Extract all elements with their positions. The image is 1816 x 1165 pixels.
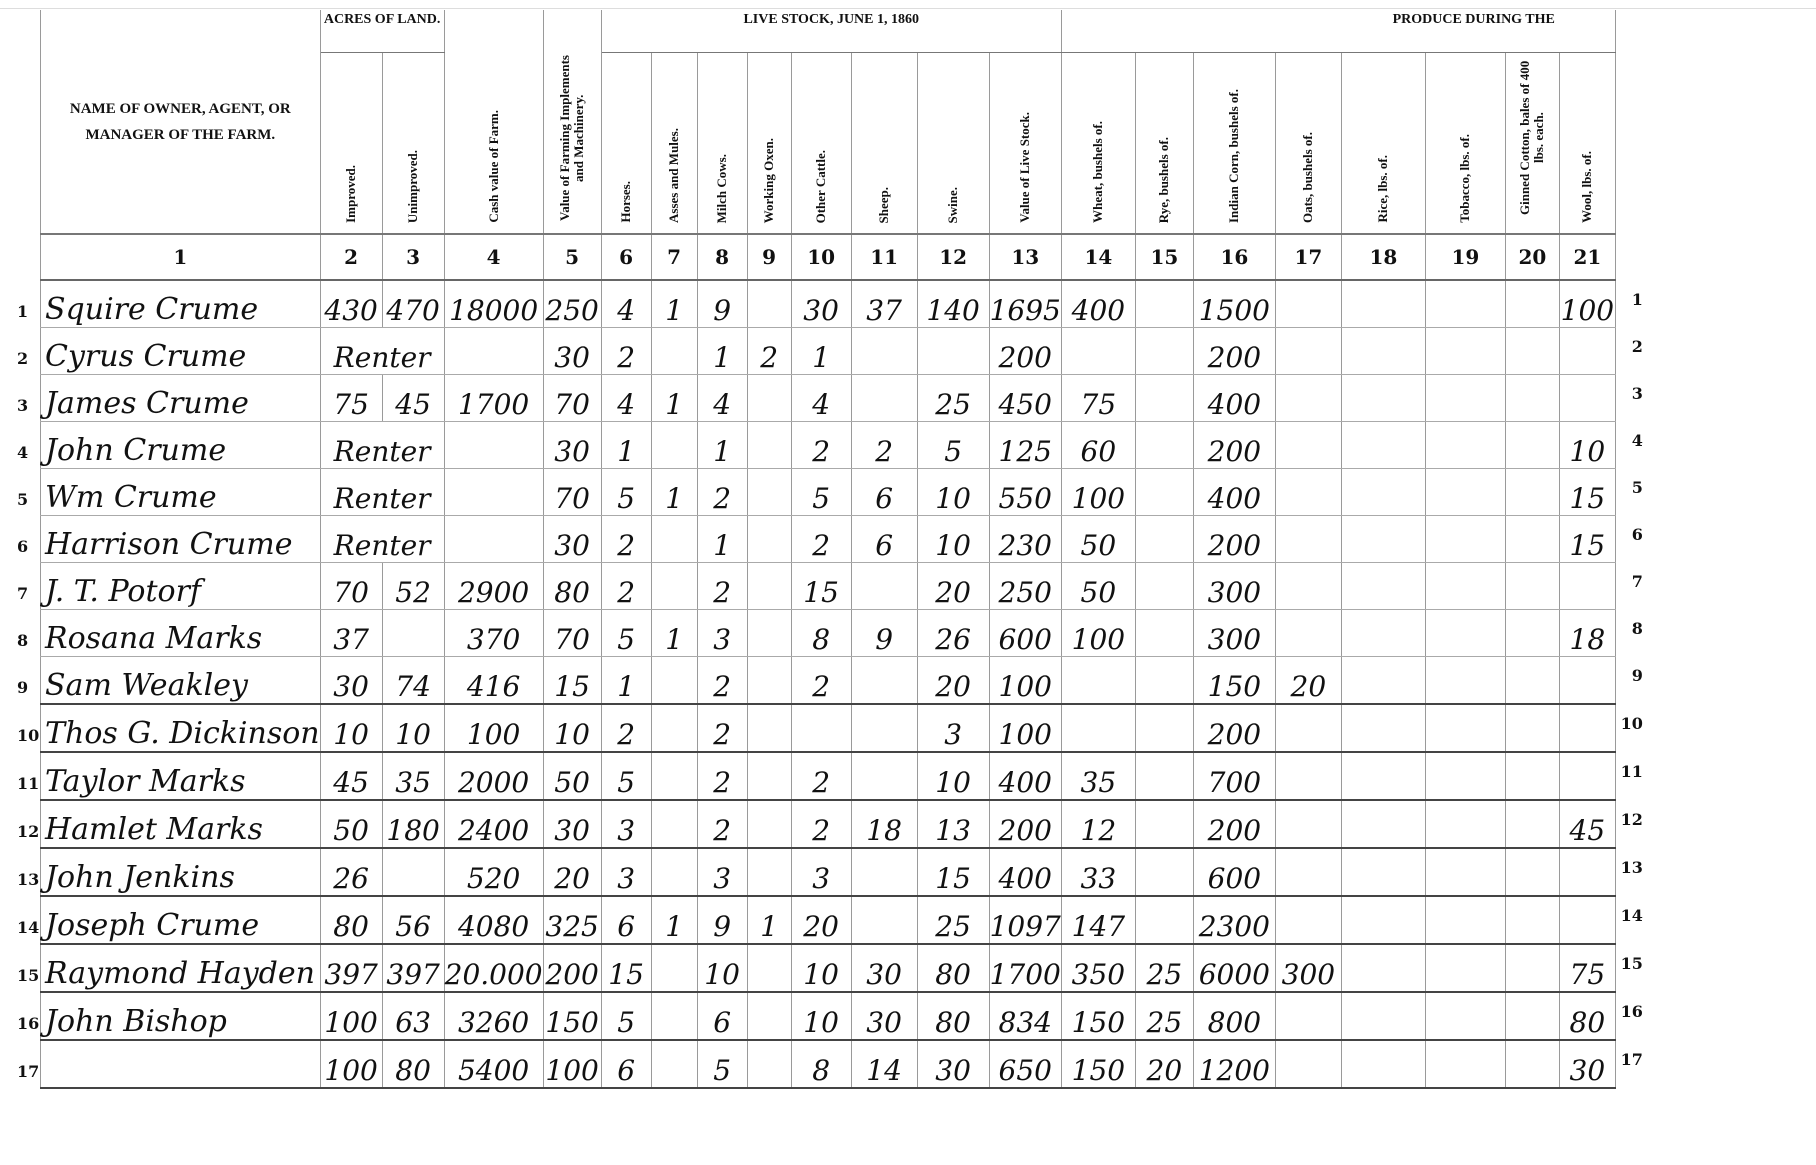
data-cell-col-3: 52 [382,563,444,610]
data-cell-col-21: 2 [1559,328,1615,375]
data-cell-col-9 [747,422,791,469]
right-line-number: 16 [1621,1002,1643,1021]
data-cell-col-11: 6 [851,516,917,563]
column-heading-12: Swine. [917,53,989,235]
data-cell-col-18 [1341,944,1425,992]
data-cell-col-13: 250 [989,563,1061,610]
data-cell-col-20 [1505,422,1559,469]
data-cell-col-9 [747,1040,791,1088]
column-number: 4 [444,234,543,280]
right-line-number: 4 [1632,431,1643,450]
data-cell-col-7: 1 [651,610,697,657]
column-number: 16 [1193,234,1275,280]
data-cell-col-12: 25 [917,896,989,944]
table-row: 5Wm CrumeRenter705125610550100400155 [41,469,1616,516]
column-heading-label: Ginned Cotton, bales of 400 lbs. each. [1518,53,1546,223]
data-cell-col-14 [1061,328,1135,375]
data-cell-col-16: 300 [1193,563,1275,610]
line-number: 12 [17,822,39,841]
data-cell-col-18 [1341,1040,1425,1088]
column-heading-18: Rice, lbs. of. [1341,53,1425,235]
data-cell-col-4: 416 [444,657,543,705]
owner-name: Sam Weakley [45,668,248,703]
data-cell-col-15 [1135,800,1193,848]
owner-name-cell: 13John Jenkins [41,848,321,896]
data-cell-col-13: 1097 [989,896,1061,944]
data-cell-col-12: 80 [917,944,989,992]
data-cell-col-20 [1505,375,1559,422]
column-heading-label: Oats, bushels of. [1301,132,1315,223]
data-cell-col-18 [1341,657,1425,705]
column-heading-label: Other Cattle. [814,150,828,223]
data-cell-col-12: 5 [917,422,989,469]
data-cell-col-17 [1275,469,1341,516]
data-cell-col-8: 5 [697,1040,747,1088]
data-cell-col-8: 9 [697,896,747,944]
data-cell-col-11 [851,328,917,375]
data-cell-col-7 [651,848,697,896]
column-heading-label: Asses and Mules. [667,128,681,223]
data-cell-col-14: 100 [1061,469,1135,516]
data-cell-col-12: 80 [917,992,989,1040]
data-cell-col-19 [1425,375,1505,422]
data-cell-col-20 [1505,1040,1559,1088]
data-cell-col-18 [1341,992,1425,1040]
data-cell-col-21: 4512 [1559,800,1615,848]
table-row: 8Rosana Marks37370705138926600100300188 [41,610,1616,657]
data-cell-col-15: 25 [1135,944,1193,992]
line-number: 17 [17,1062,39,1081]
data-cell-col-2: Renter [320,422,444,469]
data-cell-col-12: 15 [917,848,989,896]
right-line-number: 10 [1621,714,1643,733]
data-cell-col-3 [382,848,444,896]
right-line-number: 5 [1632,478,1643,497]
column-heading-4: Cash value of Farm. [444,53,543,235]
data-cell-col-9 [747,516,791,563]
data-cell-col-11 [851,657,917,705]
data-cell-col-13: 650 [989,1040,1061,1088]
line-number: 7 [17,584,28,603]
column-number: 6 [601,234,651,280]
data-cell-col-20 [1505,800,1559,848]
data-cell-col-16: 200 [1193,422,1275,469]
data-cell-col-14: 147 [1061,896,1135,944]
column-number: 19 [1425,234,1505,280]
data-cell-col-13: 400 [989,848,1061,896]
data-cell-col-6: 5 [601,610,651,657]
data-cell-col-5: 30 [543,516,601,563]
data-cell-col-21: 7 [1559,563,1615,610]
table-row: 14Joseph Crume80564080325619120251097147… [41,896,1616,944]
data-cell-col-15 [1135,516,1193,563]
data-cell-col-15 [1135,896,1193,944]
data-cell-col-3: 63 [382,992,444,1040]
data-cell-col-19 [1425,328,1505,375]
data-cell-col-8: 1 [697,516,747,563]
data-cell-col-17 [1275,610,1341,657]
data-cell-col-15 [1135,280,1193,328]
data-cell-col-10: 5 [791,469,851,516]
data-cell-col-11 [851,704,917,752]
column-heading-label: Rice, lbs. of. [1376,155,1390,223]
data-cell-col-19 [1425,752,1505,800]
table-row: 16John Bishop100633260150561030808341502… [41,992,1616,1040]
data-cell-col-10: 2 [791,657,851,705]
data-cell-col-2: Renter [320,469,444,516]
data-cell-col-11: 9 [851,610,917,657]
column-heading-11: Sheep. [851,53,917,235]
data-cell-col-16: 200 [1193,800,1275,848]
data-cell-col-21: 14 [1559,896,1615,944]
page-top-edge [0,8,1816,9]
data-cell-col-20 [1505,944,1559,992]
column-heading-7: Asses and Mules. [651,53,697,235]
owner-name: John Crume [45,433,226,468]
column-number: 21 [1559,234,1615,280]
data-cell-col-21: 9 [1559,657,1615,705]
line-number: 9 [17,678,28,697]
data-cell-col-6: 3 [601,848,651,896]
owner-name: J. T. Potorf [45,574,201,609]
column-number: 2 [320,234,382,280]
data-cell-col-19 [1425,944,1505,992]
table-row: 3James Crume7545170070414425450754003 [41,375,1616,422]
data-cell-col-4 [444,469,543,516]
data-cell-col-10: 10 [791,944,851,992]
owner-name: Wm Crume [45,480,217,515]
data-cell-col-17 [1275,896,1341,944]
line-number: 5 [17,490,28,509]
data-cell-col-20 [1505,280,1559,328]
data-cell-col-20 [1505,516,1559,563]
data-cell-col-10: 10 [791,992,851,1040]
column-heading-label: Cash value of Farm. [487,110,501,223]
data-cell-col-8: 2 [697,563,747,610]
data-cell-col-13: 600 [989,610,1061,657]
data-cell-col-6: 2 [601,516,651,563]
data-cell-col-7 [651,752,697,800]
data-cell-col-18 [1341,375,1425,422]
owner-name-cell: 8Rosana Marks [41,610,321,657]
owner-name-cell: 15Raymond Hayden [41,944,321,992]
line-number: 8 [17,631,28,650]
data-cell-col-20 [1505,848,1559,896]
column-number: 20 [1505,234,1559,280]
table-row: 11Taylor Marks4535200050522104003570011 [41,752,1616,800]
data-cell-col-4: 2400 [444,800,543,848]
data-cell-col-13: 1695 [989,280,1061,328]
data-cell-col-6: 3 [601,800,651,848]
data-cell-col-18 [1341,516,1425,563]
right-line-number: 3 [1632,384,1643,403]
data-cell-col-15 [1135,375,1193,422]
data-cell-col-16: 2300 [1193,896,1275,944]
data-cell-col-13: 400 [989,752,1061,800]
column-heading-label: Value of Live Stock. [1018,112,1032,223]
data-cell-col-5: 20 [543,848,601,896]
data-cell-col-5: 70 [543,469,601,516]
table-row: 15Raymond Hayden39739720.000200151010308… [41,944,1616,992]
data-cell-col-4: 18000 [444,280,543,328]
data-cell-col-19 [1425,469,1505,516]
data-cell-col-14: 100 [1061,610,1135,657]
data-cell-col-7 [651,563,697,610]
data-cell-col-12: 140 [917,280,989,328]
data-cell-col-8: 3 [697,848,747,896]
line-number: 10 [17,726,39,745]
right-line-number: 6 [1632,525,1643,544]
data-cell-col-18 [1341,848,1425,896]
data-cell-col-21: 13 [1559,848,1615,896]
data-cell-col-2: 26 [320,848,382,896]
data-cell-col-7 [651,328,697,375]
data-cell-col-18 [1341,752,1425,800]
right-line-number: 11 [1621,762,1643,781]
data-cell-col-11: 30 [851,944,917,992]
data-cell-col-8: 2 [697,800,747,848]
line-number: 15 [17,966,39,985]
data-cell-col-4: 20.000 [444,944,543,992]
data-cell-col-15: 25 [1135,992,1193,1040]
data-cell-col-6: 4 [601,280,651,328]
column-number: 5 [543,234,601,280]
owner-name-cell: 6Harrison Crume [41,516,321,563]
data-cell-col-4: 100 [444,704,543,752]
right-line-number: 8 [1632,619,1643,638]
data-cell-col-14: 12 [1061,800,1135,848]
column-heading-8: Milch Cows. [697,53,747,235]
data-cell-col-4: 3260 [444,992,543,1040]
data-cell-col-2: 45 [320,752,382,800]
data-cell-col-10: 8 [791,610,851,657]
data-cell-col-7: 1 [651,375,697,422]
data-cell-col-8: 1 [697,328,747,375]
data-cell-col-17 [1275,563,1341,610]
data-cell-col-13: 450 [989,375,1061,422]
column-number: 13 [989,234,1061,280]
column-heading-label: Rye, bushels of. [1157,137,1171,223]
data-cell-col-6: 2 [601,563,651,610]
data-cell-col-15 [1135,704,1193,752]
data-cell-col-2: 100 [320,992,382,1040]
column-heading-16: Indian Corn, bushels of. [1193,53,1275,235]
data-cell-col-10: 1 [791,328,851,375]
data-cell-col-2: 50 [320,800,382,848]
owner-name-cell: 3James Crume [41,375,321,422]
data-cell-col-19 [1425,1040,1505,1088]
data-cell-col-21: 7515 [1559,944,1615,992]
data-cell-col-12: 20 [917,563,989,610]
data-cell-col-16: 200 [1193,328,1275,375]
data-cell-col-17 [1275,1040,1341,1088]
data-cell-col-15 [1135,422,1193,469]
column-number: 14 [1061,234,1135,280]
data-cell-col-8: 4 [697,375,747,422]
data-cell-col-11: 37 [851,280,917,328]
data-cell-col-16: 400 [1193,469,1275,516]
data-cell-col-14: 50 [1061,516,1135,563]
data-cell-col-16: 800 [1193,992,1275,1040]
data-cell-col-16: 1200 [1193,1040,1275,1088]
owner-name: James Crume [45,386,249,421]
data-cell-col-19 [1425,848,1505,896]
data-cell-col-21: 8016 [1559,992,1615,1040]
data-cell-col-5: 50 [543,752,601,800]
column-heading-20: Ginned Cotton, bales of 400 lbs. each. [1505,53,1559,235]
name-column-heading: NAME OF OWNER, AGENT, OR MANAGER OF THE … [41,10,321,234]
data-cell-col-8: 3 [697,610,747,657]
data-cell-col-16: 200 [1193,516,1275,563]
column-number: 7 [651,234,697,280]
data-cell-col-19 [1425,280,1505,328]
data-cell-col-20 [1505,704,1559,752]
data-cell-col-8: 2 [697,657,747,705]
data-cell-col-16: 400 [1193,375,1275,422]
column-number: 17 [1275,234,1341,280]
data-cell-col-16: 300 [1193,610,1275,657]
data-cell-col-13: 834 [989,992,1061,1040]
data-cell-col-19 [1425,422,1505,469]
right-line-number: 15 [1621,954,1643,973]
data-cell-col-7 [651,516,697,563]
data-cell-col-17 [1275,328,1341,375]
produce-group: PRODUCE DURING THE [1061,10,1615,53]
data-cell-col-15 [1135,469,1193,516]
data-cell-col-18 [1341,422,1425,469]
owner-name: Squire Crume [45,292,258,327]
data-cell-col-3: 45 [382,375,444,422]
data-cell-col-21: 11 [1559,752,1615,800]
column-heading-21: Wool, lbs. of. [1559,53,1615,235]
data-cell-col-17 [1275,992,1341,1040]
data-cell-col-6: 1 [601,422,651,469]
data-cell-col-9 [747,563,791,610]
column-heading-label: Working Oxen. [762,138,776,223]
data-cell-col-18 [1341,704,1425,752]
owner-name-cell: 11Taylor Marks [41,752,321,800]
column-heading-5: Value of Farming Implements and Machiner… [543,53,601,235]
column-heading-9: Working Oxen. [747,53,791,235]
owner-name-cell: 1Squire Crume [41,280,321,328]
column-heading-label: Wheat, bushels of. [1091,121,1105,223]
data-cell-col-5: 30 [543,800,601,848]
data-cell-col-6: 5 [601,469,651,516]
data-cell-col-7 [651,704,697,752]
data-cell-col-10: 2 [791,422,851,469]
data-cell-col-18 [1341,469,1425,516]
column-heading-2: Improved. [320,53,382,235]
data-cell-col-13: 550 [989,469,1061,516]
column-heading-label: Indian Corn, bushels of. [1227,89,1241,223]
data-cell-col-17 [1275,516,1341,563]
column-heading-label: Swine. [946,187,960,223]
data-cell-col-4 [444,422,543,469]
data-cell-col-3: 80 [382,1040,444,1088]
data-cell-col-11: 30 [851,992,917,1040]
data-cell-col-4: 2900 [444,563,543,610]
data-cell-col-7 [651,422,697,469]
owner-name: Harrison Crume [45,527,292,562]
data-cell-col-9 [747,704,791,752]
data-cell-col-5: 200 [543,944,601,992]
table-row: 4John CrumeRenter301122512560200104 [41,422,1616,469]
data-cell-col-10: 4 [791,375,851,422]
data-cell-col-2: Renter [320,516,444,563]
data-cell-col-9 [747,657,791,705]
data-cell-col-2: 10 [320,704,382,752]
data-cell-col-7 [651,1040,697,1088]
data-cell-col-5: 100 [543,1040,601,1088]
data-cell-col-21: 155 [1559,469,1615,516]
data-cell-col-12: 3 [917,704,989,752]
data-cell-col-7 [651,800,697,848]
owner-name-cell: 5Wm Crume [41,469,321,516]
data-cell-col-3: 180 [382,800,444,848]
line-number: 3 [17,396,28,415]
data-cell-col-11 [851,896,917,944]
data-cell-col-14: 350 [1061,944,1135,992]
column-heading-label: Horses. [619,181,633,223]
table-row: 12Hamlet Marks50180240030322181320012200… [41,800,1616,848]
data-cell-col-9 [747,848,791,896]
data-cell-col-21: 156 [1559,516,1615,563]
data-cell-col-6: 15 [601,944,651,992]
data-cell-col-12: 26 [917,610,989,657]
data-cell-col-8: 1 [697,422,747,469]
data-cell-col-4 [444,516,543,563]
data-cell-col-20 [1505,752,1559,800]
data-cell-col-11 [851,563,917,610]
data-cell-col-13: 100 [989,704,1061,752]
data-cell-col-18 [1341,610,1425,657]
column-heading-10: Other Cattle. [791,53,851,235]
owner-name: Cyrus Crume [45,339,246,374]
data-cell-col-20 [1505,563,1559,610]
data-cell-col-2: 30 [320,657,382,705]
line-number: 2 [17,349,28,368]
column-heading-label: Value of Farming Implements and Machiner… [558,53,586,223]
column-heading-label: Sheep. [877,187,891,223]
column-number: 9 [747,234,791,280]
data-cell-col-4: 1700 [444,375,543,422]
data-cell-col-6: 5 [601,992,651,1040]
data-cell-col-15 [1135,328,1193,375]
data-cell-col-21: 3 [1559,375,1615,422]
data-cell-col-11 [851,848,917,896]
right-line-number: 13 [1621,858,1643,877]
column-number: 18 [1341,234,1425,280]
column-heading-17: Oats, bushels of. [1275,53,1341,235]
data-cell-col-6: 1 [601,657,651,705]
data-cell-col-14: 75 [1061,375,1135,422]
data-cell-col-15 [1135,610,1193,657]
data-cell-col-14 [1061,657,1135,705]
data-cell-col-7: 1 [651,280,697,328]
data-cell-col-17 [1275,704,1341,752]
agricultural-schedule-table: NAME OF OWNER, AGENT, OR MANAGER OF THE … [40,10,1616,1089]
data-cell-col-6: 4 [601,375,651,422]
column-number: 15 [1135,234,1193,280]
data-cell-col-11: 6 [851,469,917,516]
data-cell-col-19 [1425,992,1505,1040]
data-cell-col-17 [1275,422,1341,469]
right-line-number: 7 [1632,572,1643,591]
data-cell-col-8: 6 [697,992,747,1040]
data-cell-col-7 [651,992,697,1040]
data-cell-col-5: 10 [543,704,601,752]
acres-of-land-group: ACRES OF LAND. [320,10,444,53]
